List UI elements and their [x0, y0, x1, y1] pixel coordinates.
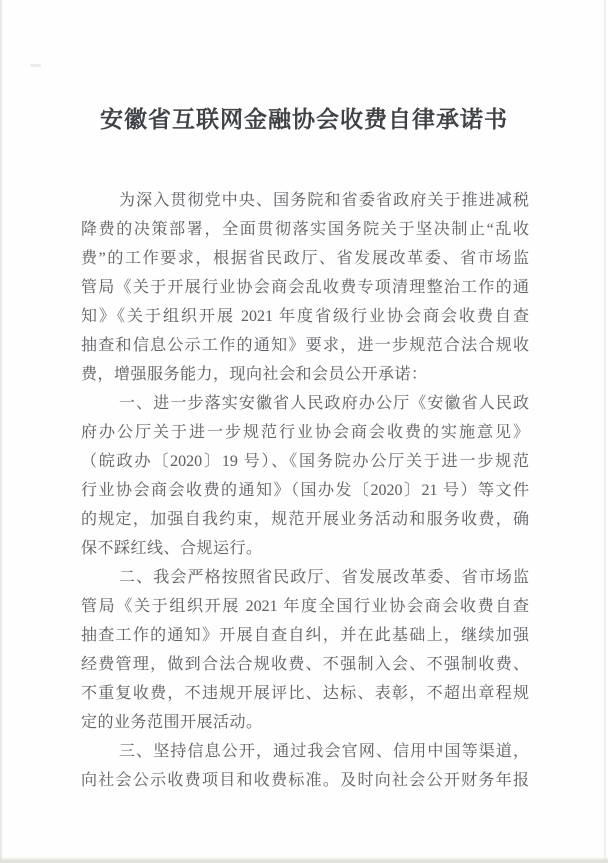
- scan-speck: [30, 64, 41, 67]
- document-body: 为深入贯彻党中央、国务院和省委省政府关于推进减税 降费的决策部署，全面贯彻落实国…: [81, 186, 529, 795]
- document-line: 知》《关于组织开展 2021 年度省级行业协会商会收费自查: [81, 302, 529, 331]
- scanned-page: 安徽省互联网金融协会收费自律承诺书 为深入贯彻党中央、国务院和省委省政府关于推进…: [0, 0, 608, 863]
- paragraph-item-1: 一、进一步落实安徽省人民政府办公厅《安徽省人民政 府办公厅关于进一步规范行业协会…: [81, 389, 529, 563]
- document-line: 抽查和信息公示工作的通知》要求，进一步规范合法合规收: [81, 331, 529, 360]
- document-line: 费”的工作要求，根据省民政厅、省发展改革委、省市场监: [81, 244, 529, 273]
- document-line: 经费管理，做到合法合规收费、不强制入会、不强制收费、: [81, 650, 529, 679]
- document-line: 费，增强服务能力，现向社会和会员公开承诺：: [81, 360, 529, 389]
- document-line: 抽查工作的通知》开展自查自纠，并在此基础上，继续加强: [81, 621, 529, 650]
- document-line: 的规定，加强自我约束，规范开展业务活动和服务收费，确: [81, 505, 529, 534]
- paragraph-intro: 为深入贯彻党中央、国务院和省委省政府关于推进减税 降费的决策部署，全面贯彻落实国…: [81, 186, 529, 389]
- document-line: 定的业务范围开展活动。: [81, 708, 529, 737]
- document-line: 向社会公示收费项目和收费标准。及时向社会公开财务年报: [81, 766, 529, 795]
- paragraph-item-2: 二、我会严格按照省民政厅、省发展改革委、省市场监 管局《关于组织开展 2021 …: [81, 563, 529, 737]
- document-line: 为深入贯彻党中央、国务院和省委省政府关于推进减税: [81, 186, 529, 215]
- document-line: 管局《关于组织开展 2021 年度全国行业协会商会收费自查: [81, 592, 529, 621]
- document-line: 三、坚持信息公开，通过我会官网、信用中国等渠道，: [81, 737, 529, 766]
- document-line: 二、我会严格按照省民政厅、省发展改革委、省市场监: [81, 563, 529, 592]
- document-line: 行业协会商会收费的通知》（国办发〔2020〕21 号）等文件: [81, 476, 529, 505]
- document-line: 降费的决策部署，全面贯彻落实国务院关于坚决制止“乱收: [81, 215, 529, 244]
- document-line: 保不踩红线、合规运行。: [81, 534, 529, 563]
- document-line: （皖政办〔2020〕19 号）、《国务院办公厅关于进一步规范: [81, 447, 529, 476]
- document-line: 管局《关于开展行业协会商会乱收费专项清理整治工作的通: [81, 273, 529, 302]
- document-line: 府办公厅关于进一步规范行业协会商会收费的实施意见》: [81, 418, 529, 447]
- paragraph-item-3: 三、坚持信息公开，通过我会官网、信用中国等渠道， 向社会公示收费项目和收费标准。…: [81, 737, 529, 795]
- document-title: 安徽省互联网金融协会收费自律承诺书: [0, 101, 608, 134]
- scan-edge-bottom: [0, 857, 608, 863]
- document-line: 不重复收费，不违规开展评比、达标、表彰，不超出章程规: [81, 679, 529, 708]
- document-line: 一、进一步落实安徽省人民政府办公厅《安徽省人民政: [81, 389, 529, 418]
